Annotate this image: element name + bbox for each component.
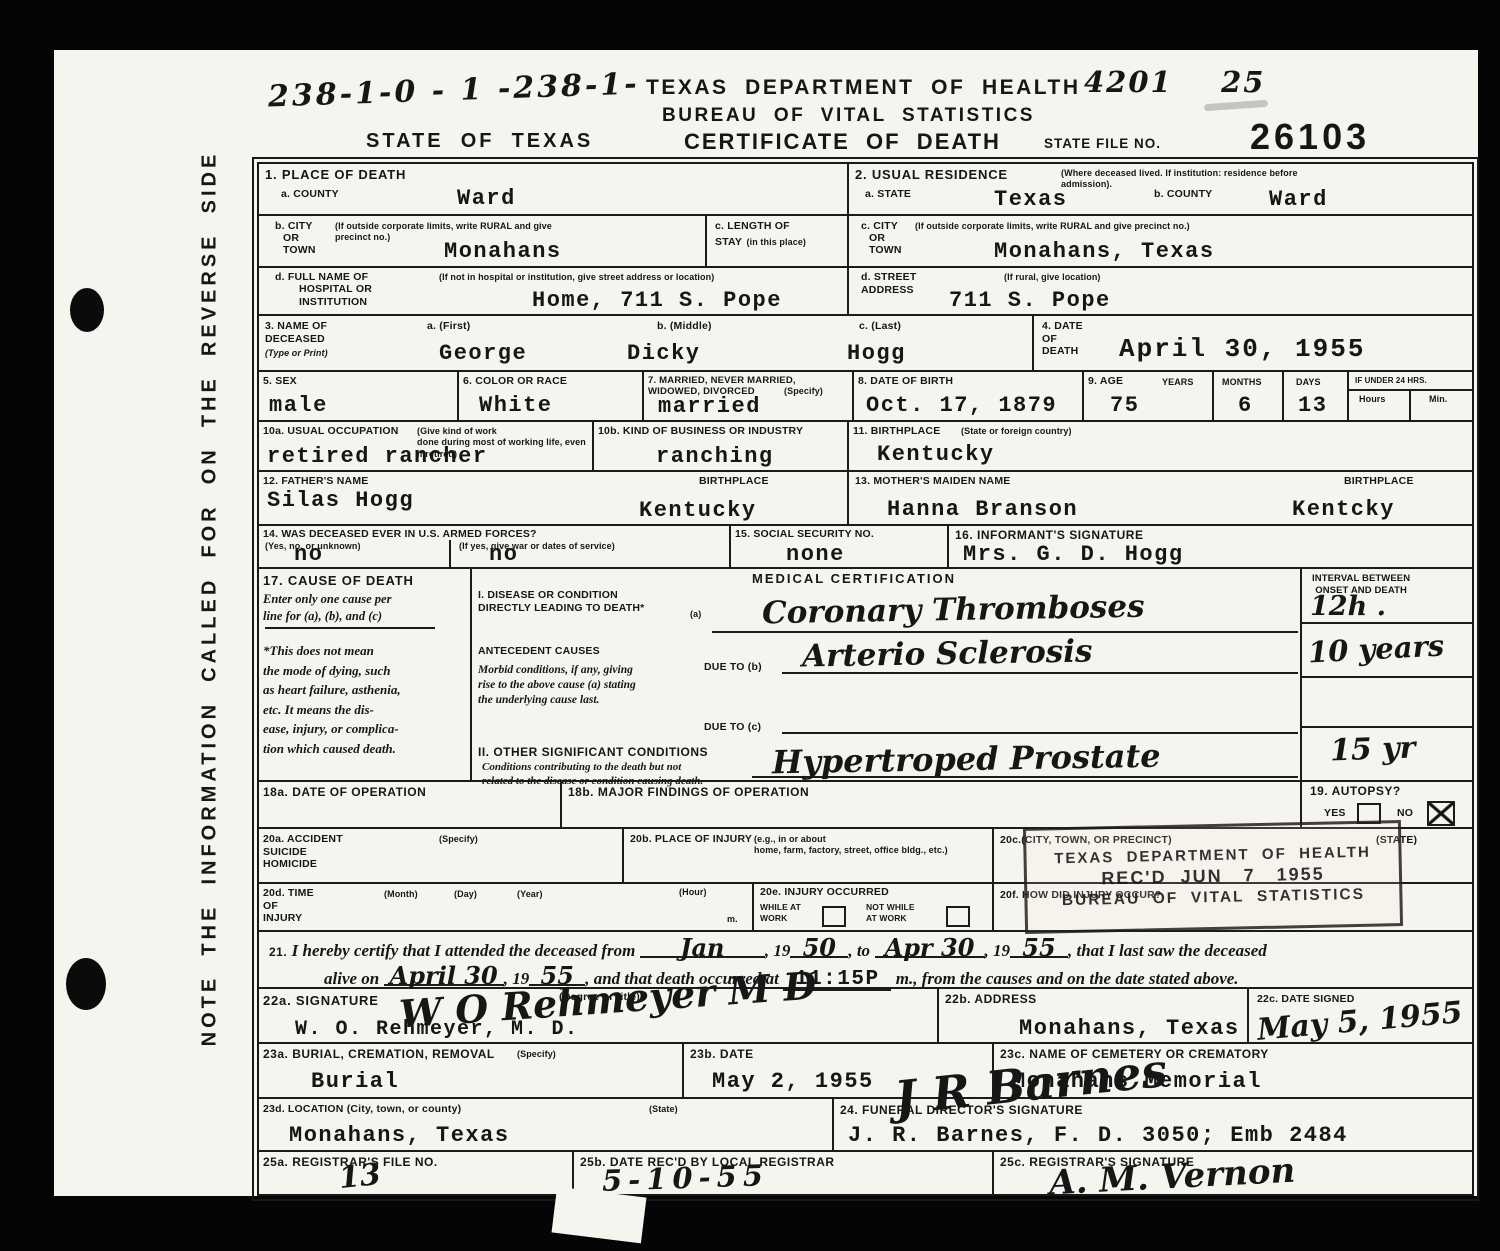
injury-place-note: (e.g., in or about home, farm, factory, …	[754, 834, 984, 857]
deceased-label: 3. NAME OF DECEASED	[265, 320, 327, 345]
place-hospital-cell: d. FULL NAME OF HOSPITAL OR INSTITUTION …	[259, 266, 847, 314]
cert-alive-underline: April 30	[384, 964, 504, 986]
scanned-certificate-frame: NOTE THE INFORMATION CALLED FOR ON THE R…	[0, 0, 1500, 1251]
ssn-label: 15. SOCIAL SECURITY NO.	[735, 528, 874, 541]
place-title: 1. PLACE OF DEATH	[265, 167, 406, 183]
residence-title-note: (Where deceased lived. If institution: r…	[1061, 168, 1461, 191]
operation-date-label: 18a. DATE OF OPERATION	[263, 785, 426, 799]
month-label: (Month)	[384, 889, 418, 900]
ssn-value: none	[786, 544, 845, 566]
section-registrar-file: 25a. REGISTRAR'S FILE NO. 13	[259, 1152, 572, 1194]
marital-value: married	[658, 396, 761, 418]
residence-city-value: Monahans, Texas	[994, 241, 1215, 263]
min-label: Min.	[1429, 394, 1447, 405]
disease-sub-a: (a)	[690, 609, 701, 620]
industry-value: ranching	[656, 446, 774, 468]
section-time-of-injury: 20d. TIME OF INJURY (Month) (Day) (Year)…	[259, 884, 752, 930]
injury-time-label: 20d. TIME OF INJURY	[263, 887, 314, 925]
mother-birthplace-value: Kentcky	[1292, 499, 1395, 521]
certificate-title: CERTIFICATE OF DEATH	[684, 129, 1001, 155]
father-birthplace-value: Kentucky	[639, 500, 757, 522]
section-sex: 5. SEX male	[259, 372, 457, 420]
residence-town-label: TOWN	[869, 244, 902, 257]
armed-value-1: no	[294, 544, 323, 566]
row-burial: 23a. BURIAL, CREMATION, REMOVAL (Specify…	[259, 1042, 1472, 1097]
age-years-value: 75	[1110, 395, 1139, 417]
autopsy-yes-label: YES	[1324, 807, 1346, 820]
residence-street-note: (If rural, give location)	[1004, 272, 1101, 283]
dept-title: TEXAS DEPARTMENT OF HEALTH	[646, 76, 1081, 100]
place-city-label: b. CITY	[275, 220, 313, 233]
physician-address-label: 22b. ADDRESS	[945, 992, 1037, 1006]
cert-num: 21.	[269, 945, 287, 959]
divider	[1409, 389, 1411, 420]
row-operation-autopsy: 18a. DATE OF OPERATION 18b. MAJOR FINDIN…	[259, 780, 1472, 827]
burial-date-value: May 2, 1955	[712, 1071, 874, 1093]
due-b-label: DUE TO (b)	[704, 661, 762, 674]
hosp-label: d. FULL NAME OF	[275, 271, 368, 284]
sex-label: 5. SEX	[263, 375, 297, 388]
section-industry: 10b. KIND OF BUSINESS OR INDUSTRY ranchi…	[592, 422, 847, 470]
autopsy-no-label: NO	[1397, 807, 1413, 820]
injury-place-label: 20b. PLACE OF INJURY	[630, 833, 752, 846]
cert-from-month: Jan	[680, 933, 724, 962]
section-funeral-director: 24. FUNERAL DIRECTOR'S SIGNATURE J R Bar…	[832, 1099, 1472, 1150]
registrar-date-value: 5-10-55	[602, 1161, 770, 1196]
section-birthplace: 11. BIRTHPLACE (State or foreign country…	[847, 422, 1472, 470]
cert-to-yr-underline: 55	[1010, 936, 1068, 958]
first-name-value: George	[439, 343, 527, 365]
hosp-value: Home, 711 S. Pope	[532, 290, 782, 312]
residence-or-label: OR	[869, 232, 885, 245]
stay-label-1: c. LENGTH OF	[715, 220, 790, 233]
place-or-label: OR	[283, 232, 299, 245]
due-b-value: Arterio Sclerosis	[802, 636, 1093, 672]
cause-sidebar: 17. CAUSE OF DEATH Enter only one cause …	[259, 569, 470, 780]
row-certification: 21. I hereby certify that I attended the…	[259, 930, 1472, 987]
cause-label: 17. CAUSE OF DEATH	[263, 573, 414, 589]
cert-to-underline: Apr 30	[875, 936, 985, 958]
father-birthplace-label: BIRTHPLACE	[699, 475, 769, 488]
section-date-signed: 22c. DATE SIGNED May 5, 1955	[1247, 989, 1472, 1042]
medical-cert-title: MEDICAL CERTIFICATION	[752, 571, 956, 587]
due-c-line	[782, 732, 1298, 734]
section-birth-date: 8. DATE OF BIRTH Oct. 17, 1879	[852, 372, 1082, 420]
divider	[705, 216, 707, 266]
section-physician-signature: 22a. SIGNATURE (Degree or title) W O Reh…	[259, 989, 937, 1042]
accident-note: (Specify)	[439, 834, 478, 845]
row-place-residence: 1. PLACE OF DEATH a. COUNTY Ward b. CITY…	[259, 164, 1472, 314]
residence-street-value: 711 S. Pope	[949, 290, 1111, 312]
section-injury-occurred: 20e. INJURY OCCURRED WHILE AT WORK NOT W…	[752, 884, 992, 930]
interval-other-value: 15 yr	[1330, 734, 1416, 767]
section-operation-date: 18a. DATE OF OPERATION	[259, 782, 560, 827]
mother-birthplace-label: BIRTHPLACE	[1344, 475, 1414, 488]
interval-column: INTERVAL BETWEEN ONSET AND DEATH 12h . 1…	[1300, 569, 1472, 780]
cert-c19b: , 19	[985, 941, 1011, 960]
race-value: White	[479, 395, 553, 417]
section-certification: 21. I hereby certify that I attended the…	[259, 932, 1472, 987]
section-occupation: 10a. USUAL OCCUPATION (Give kind of work…	[259, 422, 592, 470]
antecedent-note: Morbid conditions, if any, giving rise t…	[478, 663, 636, 708]
section-age-under24: IF UNDER 24 HRS. Hours Min.	[1347, 372, 1472, 420]
death-date-label: 4. DATE OF DEATH	[1042, 320, 1083, 358]
certificate-page: NOTE THE INFORMATION CALLED FOR ON THE R…	[54, 50, 1478, 1196]
hours-label: Hours	[1359, 394, 1386, 405]
residence-city-note: (If outside corporate limits, write RURA…	[915, 221, 1375, 232]
section-date-of-death: 4. DATE OF DEATH April 30, 1955	[1032, 316, 1472, 370]
cert-c19a: , 19	[765, 941, 791, 960]
row-sex-race-age: 5. SEX male 6. COLOR OR RACE White 7. MA…	[259, 370, 1472, 420]
interval-b-value: 10 years	[1307, 631, 1444, 667]
deceased-label-note: (Type or Print)	[265, 348, 328, 359]
father-label: 12. FATHER'S NAME	[263, 475, 368, 488]
residence-state-value: Texas	[994, 189, 1068, 211]
disease-value: Coronary Thromboses	[762, 592, 1145, 630]
autopsy-label: 19. AUTOPSY?	[1310, 784, 1401, 798]
received-stamp: TEXAS DEPARTMENT OF HEALTH REC'D JUN 7 1…	[1023, 820, 1403, 934]
section-accident: 20a. ACCIDENT SUICIDE HOMICIDE (Specify)	[259, 829, 622, 882]
occupation-label: 10a. USUAL OCCUPATION	[263, 425, 398, 438]
section-father: 12. FATHER'S NAME BIRTHPLACE Silas Hogg …	[259, 472, 847, 524]
residence-state-label: a. STATE	[865, 188, 911, 201]
burial-date-label: 23b. DATE	[690, 1047, 754, 1061]
burial-value: Burial	[311, 1071, 399, 1093]
divider	[265, 627, 435, 629]
row-physician: 22a. SIGNATURE (Degree or title) W O Reh…	[259, 987, 1472, 1042]
armed-value-2: no	[489, 544, 518, 566]
middle-name-label: b. (Middle)	[657, 320, 712, 333]
age-label: 9. AGE	[1088, 375, 1123, 388]
section-burial-type: 23a. BURIAL, CREMATION, REMOVAL (Specify…	[259, 1044, 682, 1097]
informant-label: 16. INFORMANT'S SIGNATURE	[955, 528, 1143, 542]
last-name-label: c. (Last)	[859, 320, 901, 333]
residence-title: 2. USUAL RESIDENCE	[855, 167, 1008, 183]
due-c-label: DUE TO (c)	[704, 721, 761, 734]
place-city-value: Monahans	[444, 241, 562, 263]
section-name-of-deceased: 3. NAME OF DECEASED (Type or Print) a. (…	[259, 316, 1032, 370]
section-physician-address: 22b. ADDRESS Monahans, Texas	[937, 989, 1247, 1042]
medical-certification: MEDICAL CERTIFICATION I. DISEASE OR COND…	[470, 569, 1300, 780]
other-value: Hypertroped Prostate	[772, 740, 1161, 779]
section-place-of-injury: 20b. PLACE OF INJURY (e.g., in or about …	[622, 829, 992, 882]
day-label: (Day)	[454, 889, 477, 900]
birthplace-value: Kentucky	[877, 444, 995, 466]
handwritten-header-left: 238-1-0 - 1 -238-1-	[268, 70, 641, 113]
section-registrar-date: 25b. DATE REC'D BY LOCAL REGISTRAR 5-10-…	[572, 1152, 992, 1194]
row-registrar: 25a. REGISTRAR'S FILE NO. 13 25b. DATE R…	[259, 1150, 1472, 1194]
burial-location-state: (State)	[649, 1104, 678, 1115]
section-age-years: 9. AGE YEARS 75	[1082, 372, 1212, 420]
residence-street-cell: d. STREET ADDRESS (If rural, give locati…	[849, 266, 1472, 314]
place-county-cell: 1. PLACE OF DEATH a. COUNTY Ward	[259, 164, 847, 214]
registrar-file-value: 13	[338, 1160, 383, 1194]
cert-to-date: Apr 30	[885, 933, 975, 962]
place-town-label: TOWN	[283, 244, 316, 257]
cert-p2: , to	[848, 941, 870, 960]
age-days-label: DAYS	[1296, 377, 1321, 388]
registrar-sig-value: A. M. Vernon	[1048, 1154, 1296, 1201]
section-age-days: DAYS 13	[1282, 372, 1347, 420]
state-file-no-value: 26103	[1250, 116, 1370, 158]
cert-from-underline: Jan	[640, 936, 765, 958]
certificate-form: 1. PLACE OF DEATH a. COUNTY Ward b. CITY…	[257, 162, 1474, 1196]
cert-from-yr: 50	[803, 933, 836, 962]
certification-line-1: 21. I hereby certify that I attended the…	[269, 936, 1462, 964]
under24-label: IF UNDER 24 HRS.	[1355, 376, 1427, 386]
sex-value: male	[269, 395, 328, 417]
section-mother: 13. MOTHER'S MAIDEN NAME BIRTHPLACE Hann…	[847, 472, 1472, 524]
occupation-value: retired rancher	[267, 446, 488, 468]
hosp-label-2: HOSPITAL OR INSTITUTION	[299, 283, 372, 308]
row-forces-ssn-informant: 14. WAS DECEASED EVER IN U.S. ARMED FORC…	[259, 524, 1472, 567]
residence-city-cell: c. CITY (If outside corporate limits, wr…	[849, 214, 1472, 266]
armed-label: 14. WAS DECEASED EVER IN U.S. ARMED FORC…	[263, 528, 537, 541]
accident-label: 20a. ACCIDENT SUICIDE HOMICIDE	[263, 833, 343, 871]
stay-note: (in this place)	[747, 237, 807, 247]
burial-label: 23a. BURIAL, CREMATION, REMOVAL	[263, 1047, 495, 1061]
bureau-title: BUREAU OF VITAL STATISTICS	[662, 105, 1035, 127]
last-name-value: Hogg	[847, 343, 906, 365]
section-operation-findings: 18b. MAJOR FINDINGS OF OPERATION	[560, 782, 1300, 827]
section-place-of-death: 1. PLACE OF DEATH a. COUNTY Ward b. CITY…	[259, 164, 847, 314]
section-armed-forces: 14. WAS DECEASED EVER IN U.S. ARMED FORC…	[259, 526, 729, 567]
physician-address-value: Monahans, Texas	[1019, 1018, 1240, 1040]
cert-p3: , that I last saw the deceased	[1068, 941, 1267, 960]
birthplace-note: (State or foreign country)	[961, 426, 1072, 437]
section-informant: 16. INFORMANT'S SIGNATURE Mrs. G. D. Hog…	[947, 526, 1472, 567]
residence-city-label: c. CITY	[861, 220, 898, 233]
row-location-funeral: 23d. LOCATION (City, town, or county) (S…	[259, 1097, 1472, 1150]
informant-value: Mrs. G. D. Hogg	[963, 544, 1184, 566]
mother-value: Hanna Branson	[887, 499, 1078, 521]
residence-county-label: b. COUNTY	[1154, 188, 1212, 201]
handwritten-header-right: 4201 25	[1084, 68, 1265, 97]
divider	[1302, 676, 1472, 678]
hosp-note: (If not in hospital or institution, give…	[439, 272, 714, 283]
reverse-side-note: NOTE THE INFORMATION CALLED FOR ON THE R…	[199, 149, 222, 1049]
injury-occurred-label: 20e. INJURY OCCURRED	[760, 886, 889, 899]
row-name-deathdate: 3. NAME OF DECEASED (Type or Print) a. (…	[259, 314, 1472, 370]
section-age-months: MONTHS 6	[1212, 372, 1282, 420]
marital-note: (Specify)	[784, 386, 823, 397]
section-registrar-signature: 25c. REGISTRAR'S SIGNATURE A. M. Vernon	[992, 1152, 1472, 1194]
date-signed-label: 22c. DATE SIGNED	[1257, 993, 1355, 1006]
race-label: 6. COLOR OR RACE	[463, 375, 567, 388]
age-months-label: MONTHS	[1222, 377, 1262, 388]
stay-label-2: STAY (in this place)	[715, 232, 806, 250]
burial-location-label: 23d. LOCATION (City, town, or county)	[263, 1103, 461, 1116]
antecedent-label: ANTECEDENT CAUSES	[478, 645, 600, 658]
funeral-director-typed: J. R. Barnes, F. D. 3050; Emb 2484	[848, 1125, 1348, 1147]
row-parents: 12. FATHER'S NAME BIRTHPLACE Silas Hogg …	[259, 470, 1472, 524]
section-marital: 7. MARRIED, NEVER MARRIED, WIDOWED, DIVO…	[642, 372, 852, 420]
scan-artifact	[552, 1187, 647, 1244]
age-months-value: 6	[1238, 395, 1253, 417]
while-at-work-label: WHILE AT WORK	[760, 902, 801, 923]
armed-note-2: (If yes, give war or dates of service)	[459, 541, 615, 552]
residence-county-value: Ward	[1269, 189, 1328, 211]
cert-p1: I hereby certify that I attended the dec…	[292, 941, 636, 960]
physician-sig-label: 22a. SIGNATURE	[263, 993, 379, 1009]
hour-label: (Hour)	[679, 887, 707, 898]
cause-sidebar-1: Enter only one cause per line for (a), (…	[263, 591, 391, 625]
while-at-work-checkbox	[822, 906, 846, 927]
autopsy-no-checkbox-checked	[1427, 801, 1455, 826]
m-label: m.	[727, 914, 738, 925]
mother-label: 13. MOTHER'S MAIDEN NAME	[855, 475, 1010, 488]
state-file-no-label: STATE FILE NO.	[1044, 136, 1161, 151]
operation-findings-label: 18b. MAJOR FINDINGS OF OPERATION	[568, 785, 809, 799]
burial-note: (Specify)	[517, 1049, 556, 1060]
row-occupation: 10a. USUAL OCCUPATION (Give kind of work…	[259, 420, 1472, 470]
scan-smudge	[1204, 100, 1268, 111]
hole-punch-top	[70, 288, 104, 332]
interval-a-value: 12h .	[1310, 593, 1386, 620]
section-ssn: 15. SOCIAL SECURITY NO. none	[729, 526, 947, 567]
divider	[1302, 622, 1472, 624]
stamp-line-2: REC'D JUN 7 1955	[1101, 864, 1325, 890]
other-label: II. OTHER SIGNIFICANT CONDITIONS	[478, 745, 708, 759]
cause-sidebar-2: *This does not mean the mode of dying, s…	[263, 641, 401, 758]
death-date-value: April 30, 1955	[1119, 336, 1365, 362]
stamp-line-3: BUREAU OF VITAL STATISTICS	[1062, 886, 1365, 910]
place-county-label: a. COUNTY	[281, 188, 339, 201]
not-while-at-work-checkbox	[946, 906, 970, 927]
middle-name-value: Dicky	[627, 343, 701, 365]
cert-to-yr: 55	[1022, 933, 1055, 962]
residence-street-label: d. STREET ADDRESS	[861, 271, 916, 296]
cert-p6: m., from the causes and on the date stat…	[896, 969, 1239, 988]
section-usual-residence: 2. USUAL RESIDENCE (Where deceased lived…	[847, 164, 1472, 314]
birth-value: Oct. 17, 1879	[866, 395, 1057, 417]
section-race: 6. COLOR OR RACE White	[457, 372, 642, 420]
birth-label: 8. DATE OF BIRTH	[858, 375, 953, 388]
age-years-label: YEARS	[1162, 377, 1194, 388]
first-name-label: a. (First)	[427, 320, 470, 333]
age-days-value: 13	[1298, 395, 1327, 417]
state-of-texas: STATE OF TEXAS	[366, 130, 593, 153]
year-label: (Year)	[517, 889, 543, 900]
divider	[449, 540, 451, 567]
row-cause-of-death: 17. CAUSE OF DEATH Enter only one cause …	[259, 567, 1472, 780]
disease-label: I. DISEASE OR CONDITION DIRECTLY LEADING…	[478, 589, 644, 614]
not-while-at-work-label: NOT WHILE AT WORK	[866, 902, 915, 923]
divider	[1302, 726, 1472, 728]
burial-location-value: Monahans, Texas	[289, 1125, 510, 1147]
cert-from-yr-underline: 50	[790, 936, 848, 958]
section-burial-location: 23d. LOCATION (City, town, or county) (S…	[259, 1099, 832, 1150]
cert-p4: alive on	[324, 969, 379, 988]
disease-line	[712, 631, 1298, 633]
place-city-cell: b. CITY (If outside corporate limits, wr…	[259, 214, 847, 266]
birthplace-label: 11. BIRTHPLACE	[853, 425, 940, 438]
residence-state-county-cell: 2. USUAL RESIDENCE (Where deceased lived…	[849, 164, 1472, 214]
stay-label-2-text: STAY	[715, 236, 742, 248]
place-county-value: Ward	[457, 188, 516, 210]
industry-label: 10b. KIND OF BUSINESS OR INDUSTRY	[598, 425, 803, 438]
father-value: Silas Hogg	[267, 490, 414, 512]
hole-punch-bottom	[66, 958, 106, 1010]
